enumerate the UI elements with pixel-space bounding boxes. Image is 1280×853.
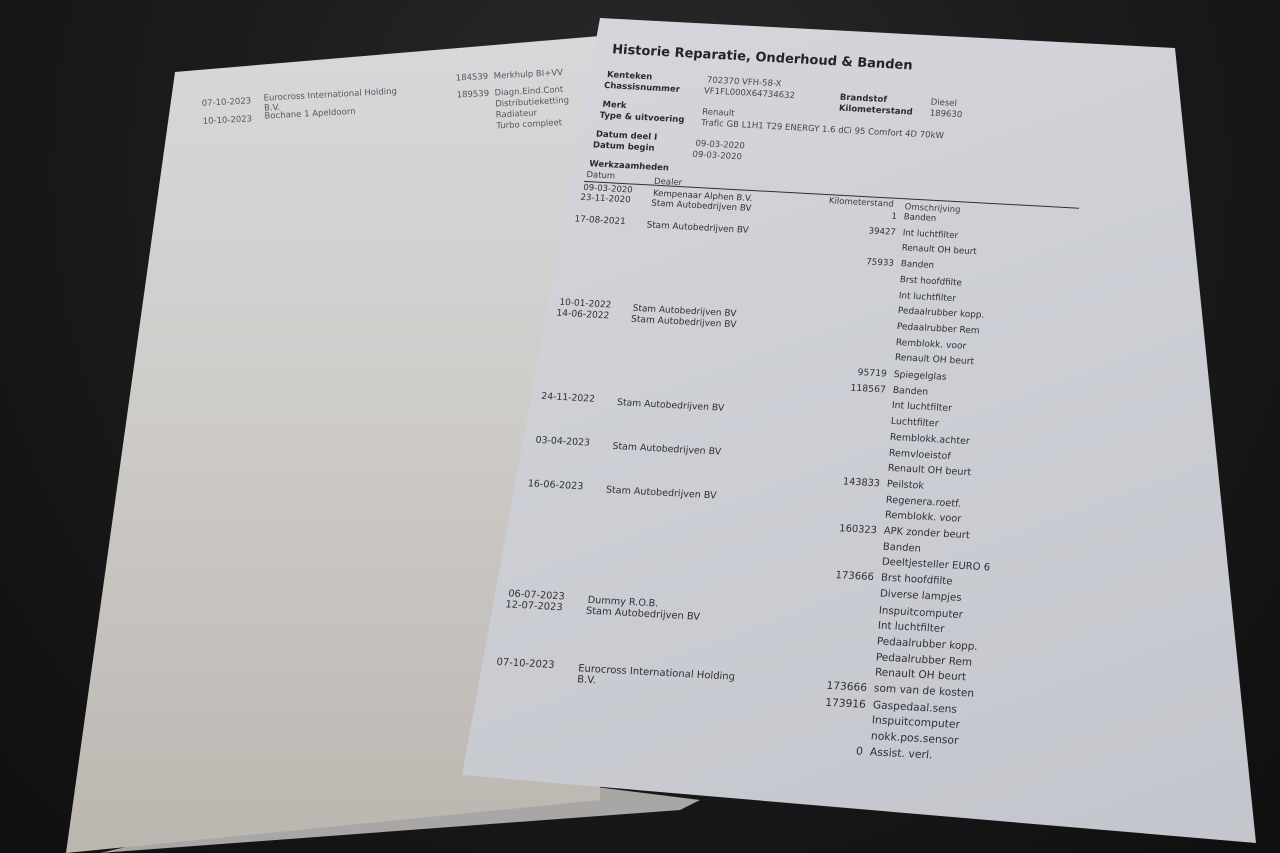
type-value: Trafic GB L1H1 T29 ENERGY 1.6 dCi 95 Com… (701, 118, 944, 141)
row-km: 173666 (797, 678, 868, 694)
row-description: Renault OH beurt (901, 244, 977, 258)
row-description: Int luchtfilter (902, 228, 958, 241)
row-description: Deeltjesteller EURO 6 (881, 557, 990, 574)
row-description: Inspuitcomputer (871, 714, 960, 732)
row-description: Banden (903, 212, 936, 224)
column-header-date: Datum (586, 170, 616, 182)
row-km (823, 271, 893, 275)
row-km: 95719 (816, 365, 887, 380)
datum-begin-label: Datum begin (593, 140, 655, 153)
row-km (800, 647, 870, 651)
row-description: Inspuitcomputer (878, 604, 963, 621)
row-dealer: Stam Autobedrijven BV (605, 485, 717, 502)
back-desc: Turbo compleet (496, 118, 562, 131)
row-description: Banden (900, 259, 934, 271)
row-description: Brst hoofdfilte (880, 573, 952, 588)
row-description: Remblokk. voor (895, 338, 966, 352)
type-label: Type & uitvoering (599, 111, 685, 126)
datum-begin-value: 09-03-2020 (692, 150, 742, 163)
back-page-content: 07-10-2023 Eurocross International Holdi… (180, 48, 606, 190)
back-date: 07-10-2023 (202, 96, 252, 109)
row-km (802, 615, 872, 619)
row-description: Pedaalrubber Rem (896, 322, 980, 336)
row-dealer: Stam Autobedrijven BV (646, 220, 749, 235)
row-km (801, 631, 871, 635)
row-description: APK zonder beurt (883, 526, 970, 542)
row-km (803, 600, 873, 604)
row-description: Banden (892, 385, 928, 398)
row-description: Brst hoofdfilte (899, 275, 962, 288)
row-km (814, 412, 884, 416)
back-dealer: Eurocross International Holding (263, 87, 397, 104)
back-km: 184539 (456, 72, 489, 84)
row-km (799, 663, 869, 667)
row-dealer-line2: B.V. (577, 674, 597, 686)
row-km (820, 318, 890, 322)
row-dealer: Stam Autobedrijven BV (612, 441, 722, 458)
row-km (796, 710, 866, 714)
row-description: som van de kosten (873, 682, 974, 699)
back-km: 189539 (456, 89, 489, 101)
row-km: 1 (826, 208, 897, 222)
row-km (819, 333, 889, 337)
row-dealer: Stam Autobedrijven BV (617, 397, 725, 414)
brandstof-value: Diesel (930, 98, 957, 109)
row-description: Int luchtfilter (898, 291, 956, 304)
row-dealer: Stam Autobedrijven BV (585, 606, 700, 623)
row-description: Int luchtfilter (891, 400, 952, 414)
row-km: 118567 (815, 380, 886, 395)
row-description: Assist. verl. (869, 745, 933, 761)
chassis-label: Chassisnummer (604, 81, 681, 95)
row-description: Banden (882, 541, 921, 554)
row-description: Spiegelglas (893, 369, 947, 383)
row-description: Luchtfilter (890, 416, 939, 430)
kilometerstand-label: Kilometerstand (838, 104, 913, 118)
row-km: 173916 (795, 694, 866, 711)
row-km: 39427 (825, 224, 896, 238)
row-description: nokk.pos.sensor (870, 729, 959, 747)
row-km: 75933 (823, 255, 894, 269)
row-km (806, 537, 876, 541)
row-km (815, 396, 885, 400)
row-description: Remblokk. voor (884, 510, 961, 525)
row-description: Renault OH beurt (874, 667, 966, 684)
row-description: Pedaalrubber Rem (875, 651, 972, 668)
merk-label: Merk (602, 100, 627, 111)
row-description: Regenera.roetf. (885, 494, 961, 509)
row-description: Int luchtfilter (877, 620, 944, 636)
row-description: Renault OH beurt (894, 353, 974, 367)
row-km (825, 239, 895, 243)
row-description: Pedaalrubber kopp. (876, 635, 978, 652)
row-description: Remvloeistof (888, 447, 951, 461)
row-description: Renault OH beurt (887, 463, 971, 478)
row-km (804, 584, 874, 588)
row-km (811, 459, 881, 463)
row-km (808, 506, 878, 510)
row-km (812, 443, 882, 447)
row-km (813, 427, 883, 431)
back-date: 10-10-2023 (202, 114, 252, 127)
chassis-value: VF1FL000X64734632 (703, 86, 795, 101)
row-description: Peilstok (886, 479, 924, 492)
row-km (818, 349, 888, 353)
back-desc: Merkhulp BI+VV (494, 68, 564, 82)
row-km (821, 302, 891, 306)
kilometerstand-value: 189630 (929, 109, 962, 121)
row-km: 143833 (810, 474, 881, 489)
row-description: Diverse lampjes (879, 588, 962, 603)
row-km (822, 286, 892, 290)
row-description: Pedaalrubber kopp. (897, 306, 984, 321)
row-km: 160323 (807, 521, 878, 536)
row-km (805, 553, 875, 557)
row-km (795, 725, 865, 729)
row-km (809, 490, 879, 494)
row-km: 0 (792, 741, 863, 758)
front-page-content: Historie Reparatie, Onderhoud & Banden K… (543, 40, 1207, 830)
row-dealer: Eurocross International Holding (578, 663, 736, 682)
row-km: 173666 (804, 568, 875, 583)
row-description: Gaspedaal.sens (872, 698, 957, 716)
row-description: Remblokk.achter (889, 432, 970, 447)
merk-value: Renault (702, 107, 735, 119)
